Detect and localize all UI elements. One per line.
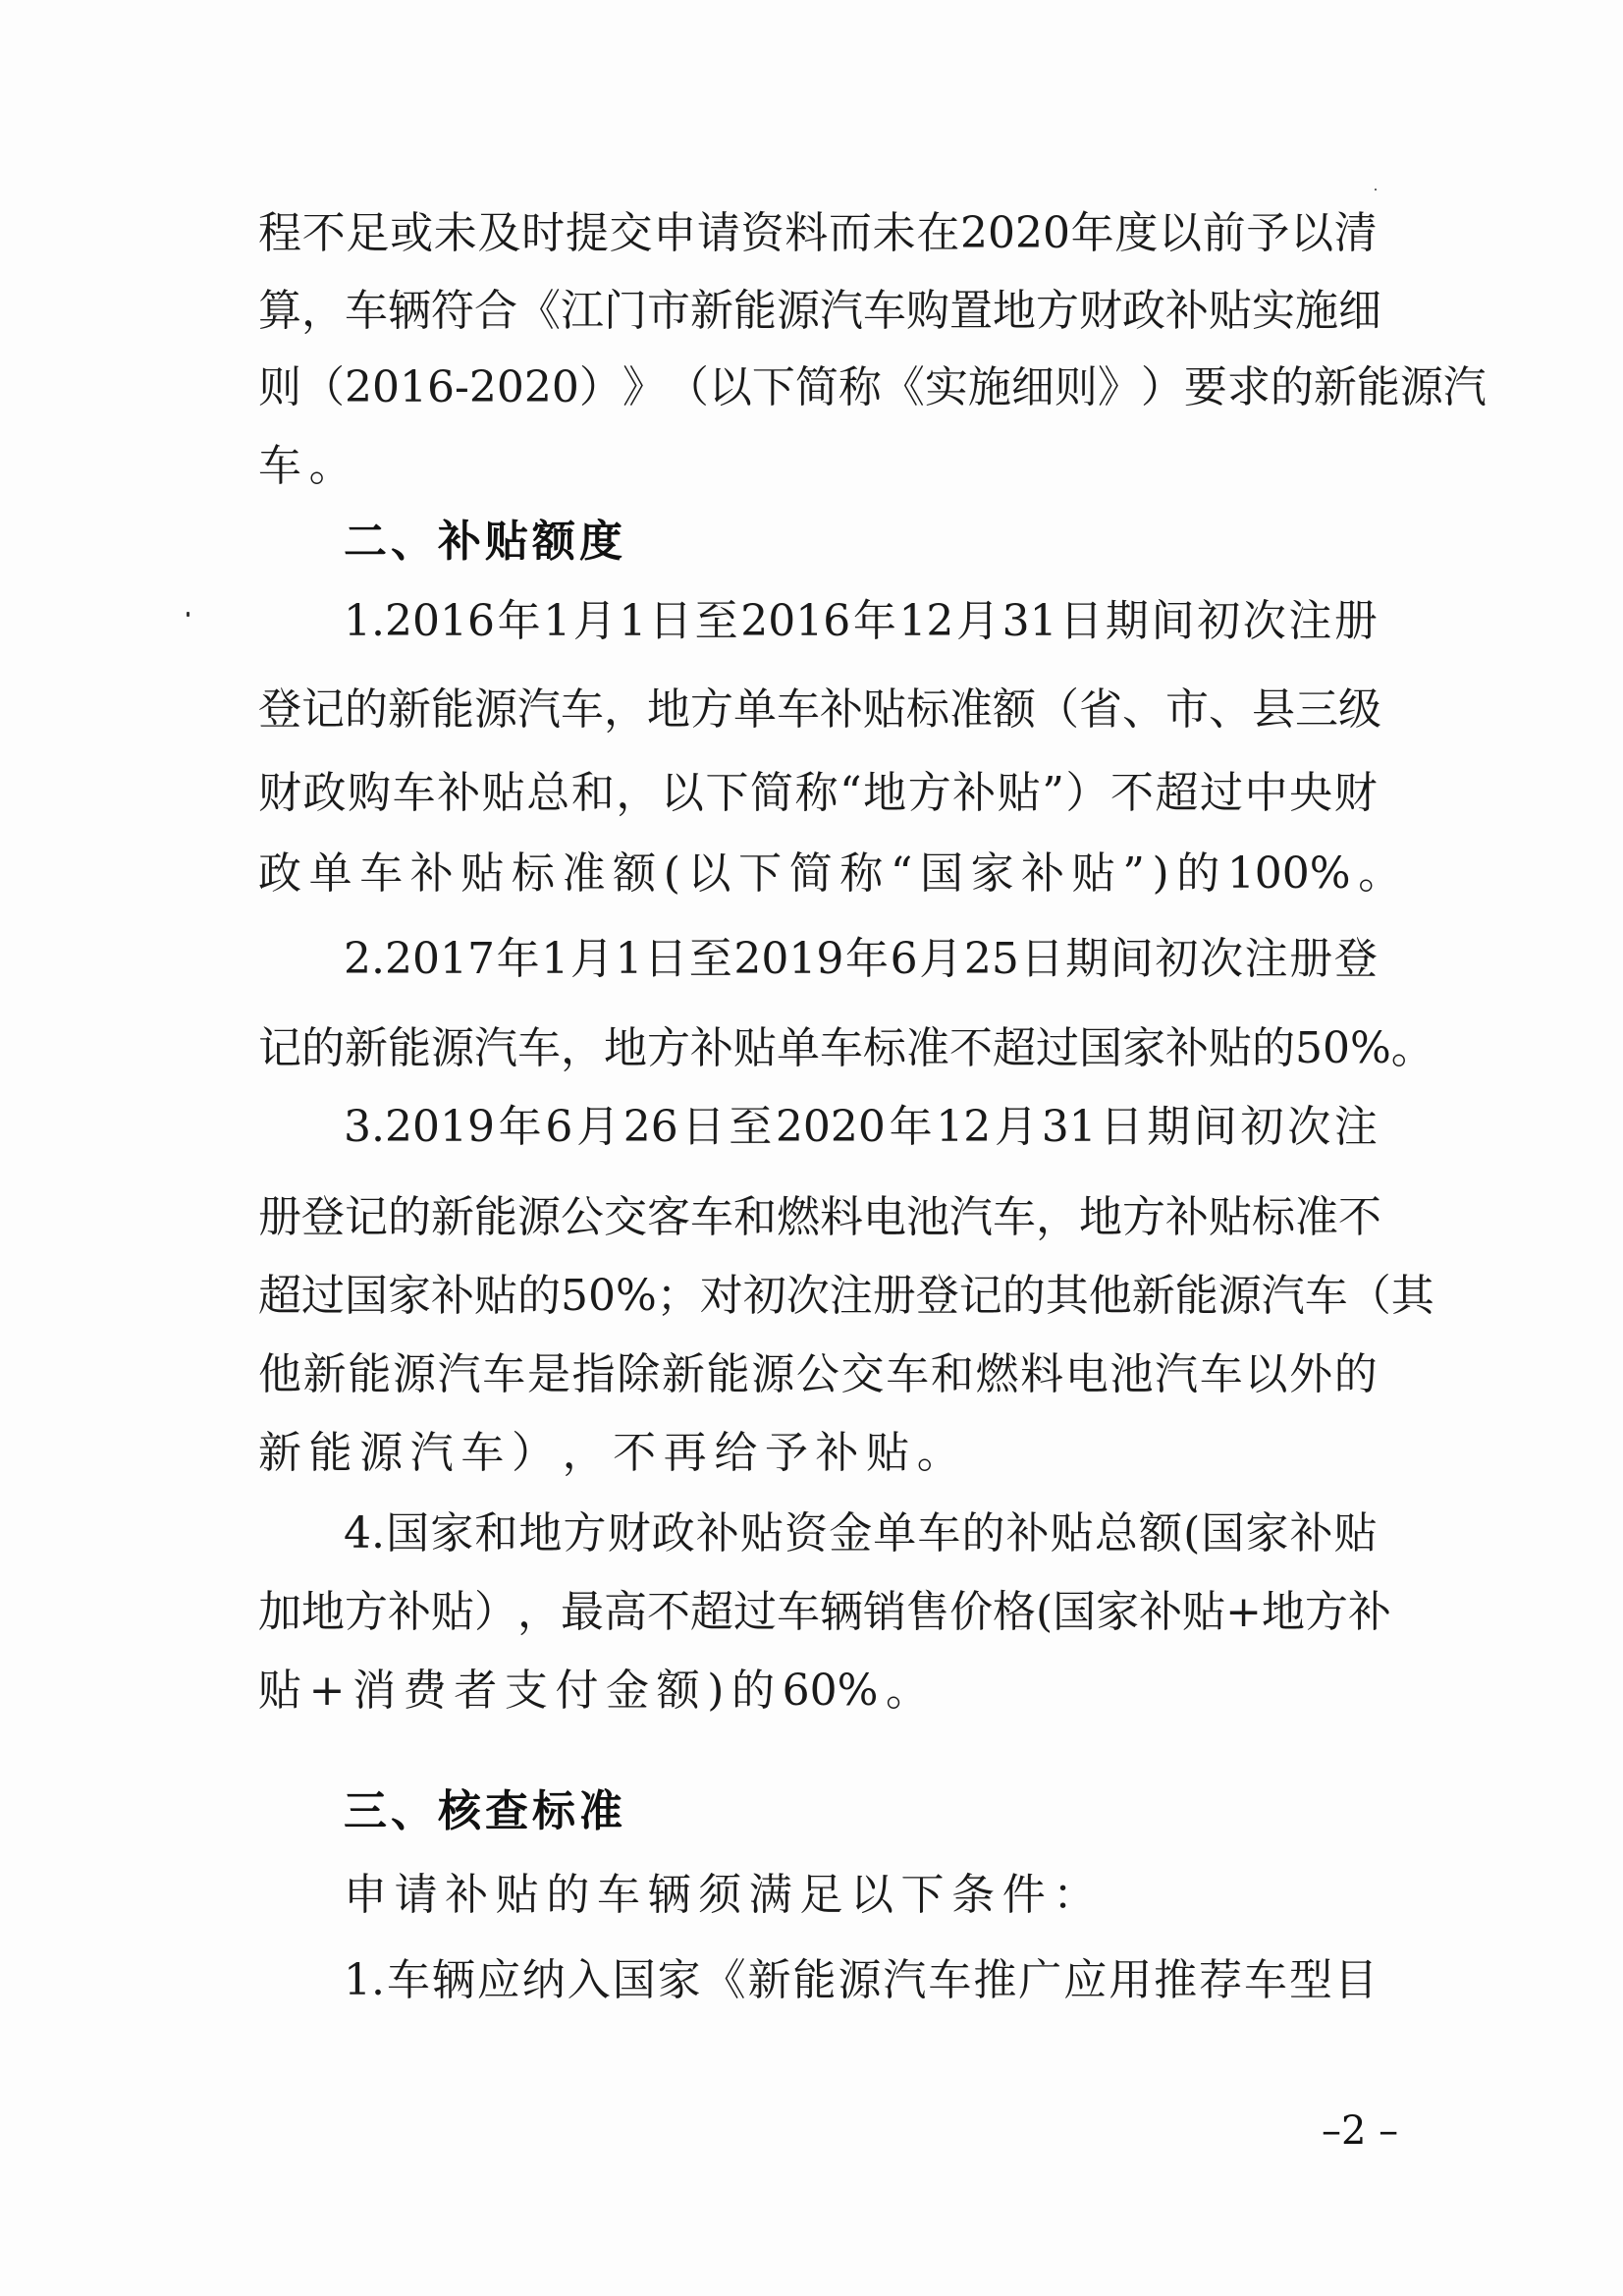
paragraph-line: 记的新能源汽车，地方补贴单车标准不超过国家补贴的50%。	[258, 1019, 1378, 1078]
paragraph-line: 登记的新能源汽车，地方单车补贴标准额（省、市、县三级	[258, 681, 1378, 739]
paragraph-line: 贴+消费者支付金额)的60%。	[258, 1662, 1378, 1721]
paragraph-line: 算，车辆符合《江门市新能源汽车购置地方财政补贴实施细	[258, 282, 1378, 341]
scan-speck	[187, 612, 189, 617]
paragraph-line: 车。	[258, 437, 1378, 496]
paragraph-line: 新能源汽车），不再给予补贴。	[258, 1424, 1378, 1483]
paragraph-line: 程不足或未及时提交申请资料而未在2020年度以前予以清	[258, 204, 1378, 263]
paragraph-first-line: 1.车辆应纳入国家《新能源汽车推广应用推荐车型目	[344, 1951, 1378, 2010]
paragraph-line: 册登记的新能源公交客车和燃料电池汽车，地方补贴标准不	[258, 1188, 1378, 1247]
section-heading: 三、核查标准	[344, 1782, 626, 1841]
paragraph-line: 加地方补贴），最高不超过车辆销售价格(国家补贴+地方补	[258, 1583, 1378, 1642]
paragraph-first-line: 2.2017年1月1日至2019年6月25日期间初次注册登	[344, 930, 1378, 989]
paragraph-line: 财政购车补贴总和，以下简称“地方补贴”）不超过中央财	[258, 764, 1378, 823]
paragraph-line: 他新能源汽车是指除新能源公交车和燃料电池汽车以外的	[258, 1345, 1378, 1404]
paragraph-line: 超过国家补贴的50%；对初次注册登记的其他新能源汽车（其	[258, 1267, 1378, 1326]
paragraph-line: 则（2016-2020）》（以下简称《实施细则》）要求的新能源汽	[258, 358, 1378, 417]
scan-speck	[1375, 189, 1377, 191]
paragraph-first-line: 1.2016年1月1日至2016年12月31日期间初次注册	[344, 592, 1378, 651]
paragraph-first-line: 申请补贴的车辆须满足以下条件：	[344, 1866, 1378, 1925]
paragraph-line: 政单车补贴标准额(以下简称“国家补贴”)的100%。	[258, 845, 1378, 903]
page-number: –2 –	[1322, 2109, 1398, 2153]
document-page: 程不足或未及时提交申请资料而未在2020年度以前予以清算，车辆符合《江门市新能源…	[0, 0, 1623, 2296]
paragraph-first-line: 4.国家和地方财政补贴资金单车的补贴总额(国家补贴	[344, 1504, 1378, 1563]
section-heading: 二、补贴额度	[344, 513, 626, 572]
paragraph-first-line: 3.2019年6月26日至2020年12月31日期间初次注	[344, 1098, 1378, 1157]
